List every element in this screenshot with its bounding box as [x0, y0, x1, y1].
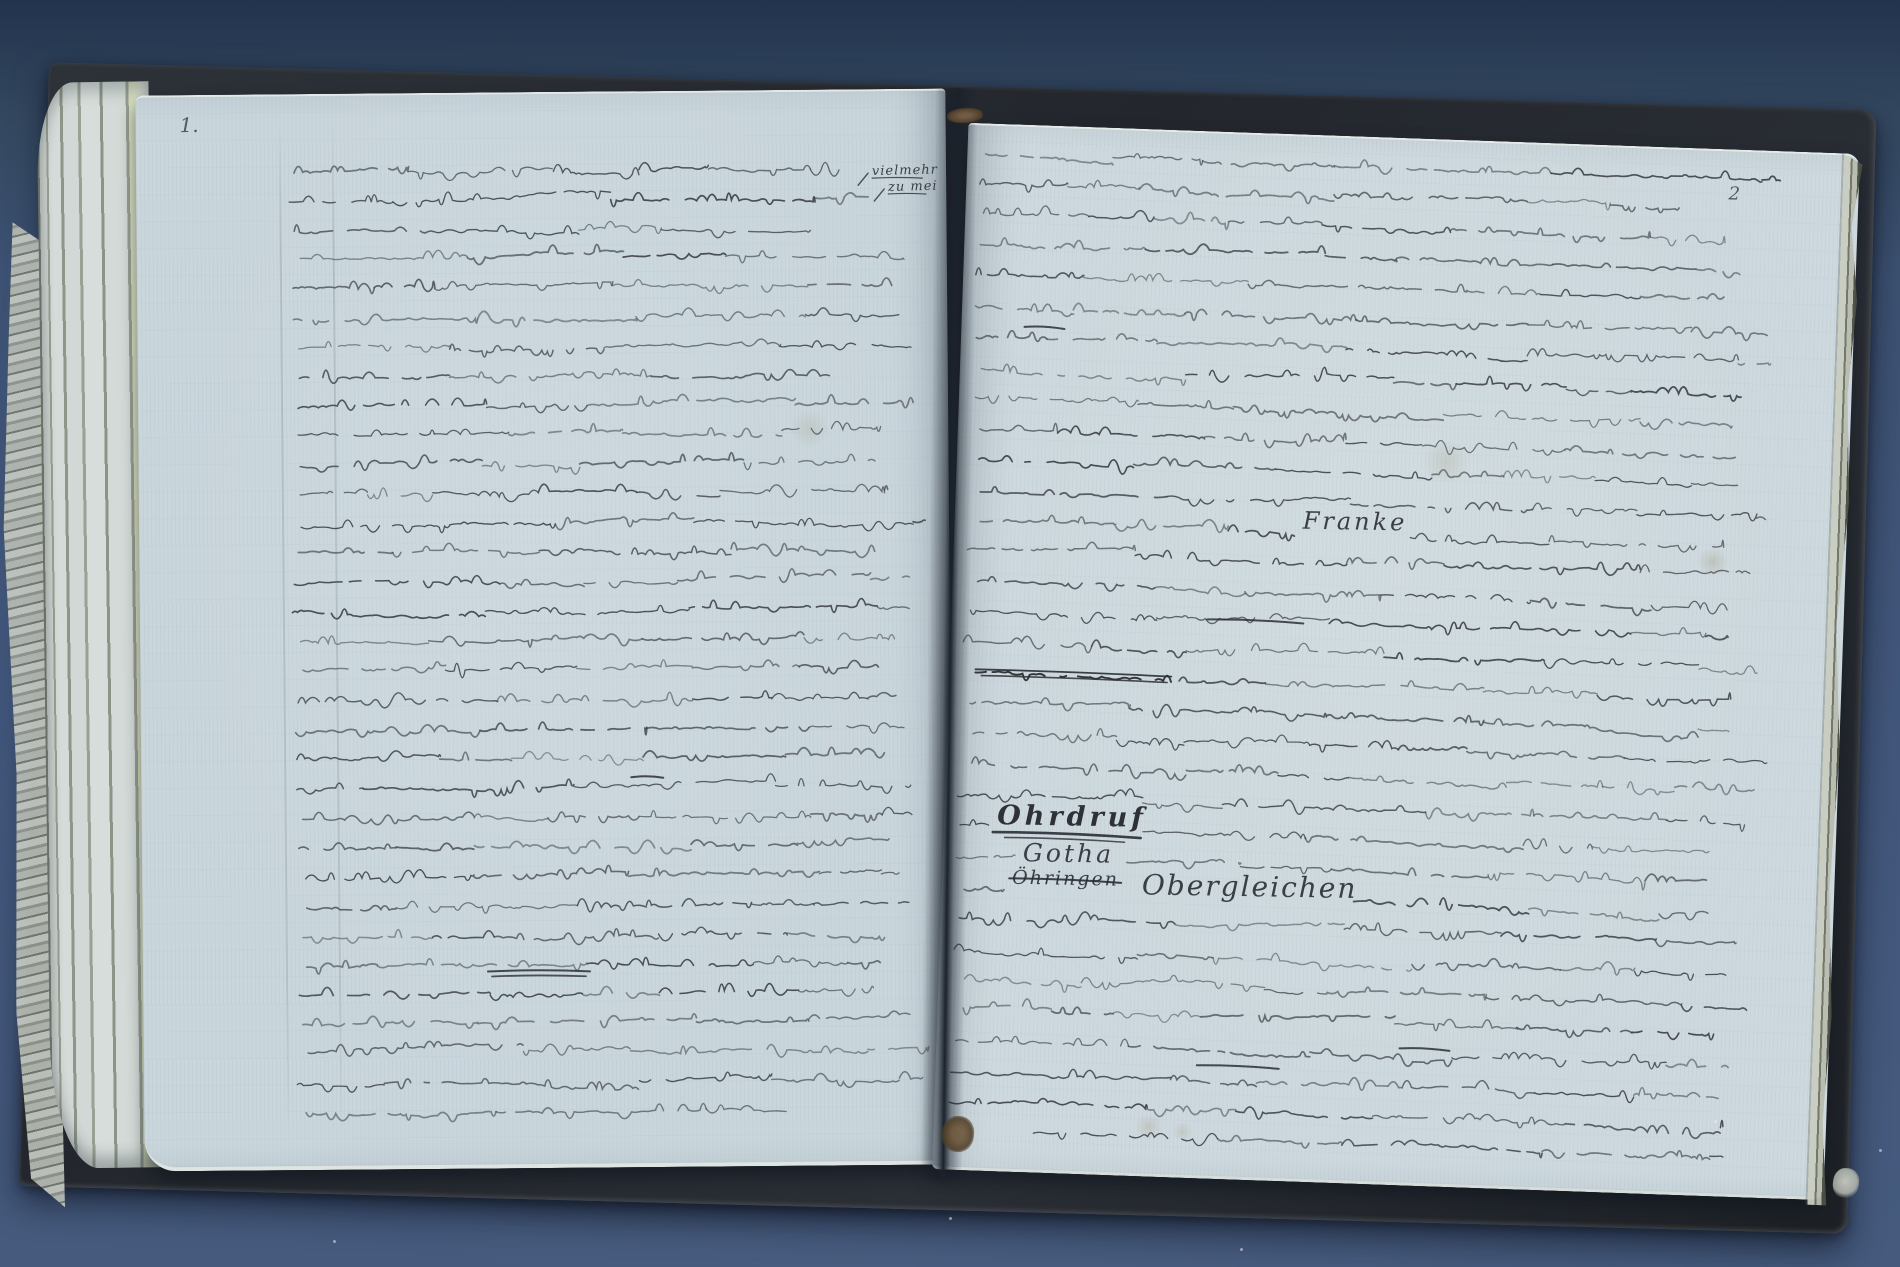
legible-word: zu mei: [887, 179, 938, 195]
right-page-number: 2: [1728, 183, 1740, 204]
dust-speck: [1240, 1248, 1243, 1251]
handwriting-left-page: vielmehrzu mei: [135, 90, 954, 1167]
photo-backdrop: vielmehrzu mei 1. FrankeOhrdrufGothaÖhri…: [0, 0, 1900, 1267]
left-page: vielmehrzu mei 1.: [135, 88, 954, 1171]
dust-speck: [1879, 1149, 1882, 1152]
left-page-number: 1.: [179, 113, 198, 137]
legible-word: Obergleichen: [1142, 868, 1358, 905]
dust-speck: [1714, 1120, 1717, 1123]
right-page: FrankeOhrdrufGothaÖhringenObergleichen 2: [932, 123, 1860, 1200]
handwriting-right-page: FrankeOhrdrufGothaÖhringenObergleichen: [932, 125, 1860, 1197]
legible-word: Ohrdruf: [997, 800, 1148, 834]
legible-word: vielmehr: [872, 162, 938, 179]
dust-speck: [949, 1217, 952, 1220]
legible-word: Franke: [1301, 507, 1407, 537]
dust-speck: [333, 1240, 336, 1243]
legible-word: Gotha: [1023, 838, 1115, 869]
